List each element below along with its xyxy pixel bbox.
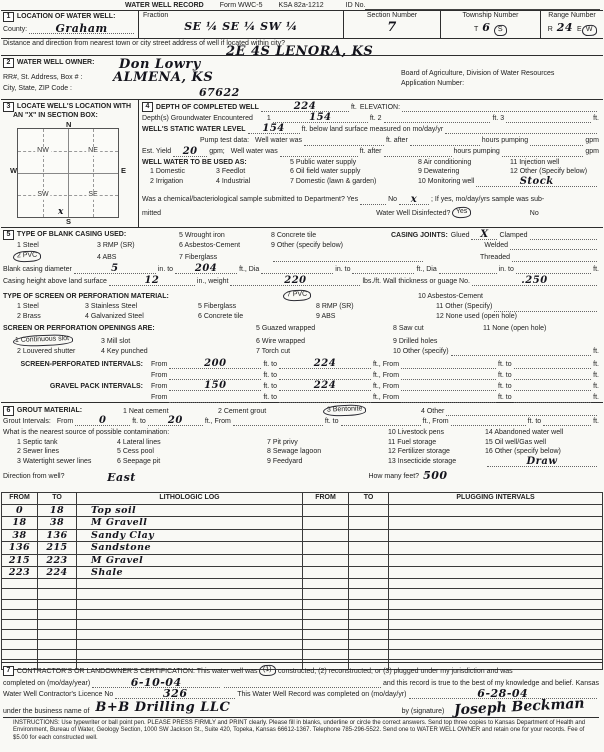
gi-to-line: 20 (148, 417, 203, 426)
instructions-text: INSTRUCTIONS: Use typewriter or ball poi… (3, 717, 599, 743)
continuous-slot-circled: 1 Continuous slot (13, 334, 73, 347)
gpi2-ft-end: ft. (593, 394, 599, 402)
section-number-cell: Section Number 7 (343, 11, 440, 38)
option-item: 9 Drilled holes (393, 338, 599, 346)
use-label: WELL WATER TO BE USED AS: (142, 159, 290, 167)
option-item: 10 Livestock pens (388, 429, 485, 437)
grout-other-line (446, 407, 597, 416)
compass-s: S (66, 217, 71, 226)
gpi-to-value: 224 (279, 380, 371, 392)
groundwater-label: Depth(s) Groundwater Encountered (142, 115, 253, 123)
county-line: Graham (29, 25, 134, 34)
casing-height-line: 12 (109, 277, 195, 286)
range-value: 24 (557, 21, 573, 34)
township-cell: Township Number T 6 S (440, 11, 540, 38)
range-e: E (577, 26, 582, 33)
option-item: 1 Steel (17, 242, 97, 250)
option-item: 7 Fiberglass (179, 254, 271, 262)
option-item: 3 Watertight sewer lines (17, 458, 117, 466)
section-4-depth: 4 DEPTH OF COMPLETED WELL 224 ft. ELEVAT… (139, 100, 603, 227)
log-from: 223 (9, 567, 30, 578)
gpi2-from2-line (401, 394, 496, 403)
form-title: WATER WELL RECORD (125, 2, 204, 10)
empty-cell (349, 566, 389, 578)
locate-title-1: LOCATE WELL'S LOCATION WITH (17, 103, 131, 110)
option-item: 7 Domestic (lawn & garden) (290, 178, 418, 186)
empty-cell (389, 517, 603, 529)
option-item: 3 RMP (SR) (97, 242, 179, 250)
record-completed-label: This Water Well Record was completed on … (237, 691, 406, 699)
owner-zip-value: 67622 (199, 86, 240, 99)
casing-title: TYPE OF BLANK CASING USED: (17, 231, 126, 238)
section-number-label: Section Number (348, 12, 436, 20)
option-item: 3 Feedlot (216, 168, 290, 176)
log-to: 38 (50, 517, 64, 528)
compass-n: N (66, 120, 71, 129)
elevation-label: ELEVATION: (360, 104, 400, 112)
empty-cell (2, 639, 38, 649)
compass-dash-v2 (93, 129, 94, 217)
yield-value: 20 (173, 146, 207, 158)
table-row (2, 579, 603, 589)
bentonite-circled: 3 Bentonite (323, 404, 367, 417)
well-location-x-mark: x (58, 207, 64, 218)
use-stock-value: Stock (476, 176, 597, 188)
col-header-to2: TO (349, 493, 389, 505)
option-item: 4 Galvanized Steel (85, 313, 198, 321)
option-item: 4 Lateral lines (117, 439, 267, 447)
monitoring-other-line: Stock (476, 178, 597, 187)
spi2-ftto: ft. to (263, 372, 277, 380)
yield-after: ft. after (360, 148, 382, 156)
spi-ft-end: ft. (593, 361, 599, 369)
bcd-ft-value: 204 (175, 263, 237, 275)
direction-value: East (66, 471, 176, 484)
option-item: 8 Sewage lagoon (267, 448, 388, 456)
completed-on-label: completed on (mo/day/year) (3, 680, 90, 688)
log-to: 18 (50, 505, 64, 516)
dia3-ft: ft. (593, 266, 599, 274)
yield-depth-line (280, 148, 358, 157)
gi-from-label: From (57, 418, 73, 426)
section-7-certification: 7 CONTRACTOR'S OR LANDOWNER'S CERTIFICAT… (1, 662, 603, 752)
blank-casing-diameter-label: Blank casing diameter (3, 266, 72, 274)
fraction-label: Fraction (143, 12, 339, 20)
section-6-grout: 6GROUT MATERIAL: 1 Neat cement 2 Cement … (1, 403, 603, 492)
option-item: 7 Torch cut (256, 348, 393, 356)
empty-cell (349, 517, 389, 529)
empty-cell (303, 505, 349, 517)
static-level-rest: ft. below land surface measured on mo/da… (302, 126, 444, 134)
chem-mitted: mitted (142, 210, 161, 218)
spi-ftfrom: ft., From (373, 361, 399, 369)
gpi-to2-line (514, 382, 592, 391)
log-desc: Sandstone (91, 542, 151, 553)
col-header-lithologic-log: LITHOLOGIC LOG (77, 493, 303, 505)
depth-line: 224 (261, 103, 349, 112)
gi-ftfrom: ft., From (205, 418, 231, 426)
elevation-line (402, 103, 597, 112)
empty-cell (349, 529, 389, 541)
empty-cell (303, 554, 349, 566)
gi-ftfrom2: ft., From (423, 418, 449, 426)
form-number: Form WWC-5 (220, 2, 263, 10)
agency-text: Board of Agriculture, Division of Water … (401, 70, 554, 78)
constructed-1-circled: (1) (259, 665, 276, 677)
chem-yes-line (360, 196, 386, 205)
gi-from-value: 0 (75, 415, 130, 427)
section-4-number: 4 (142, 102, 153, 112)
gw2-line (384, 114, 491, 123)
static-level-value: 154 (248, 123, 300, 135)
table-header-row: FROM TO LITHOLOGIC LOG FROM TO PLUGGING … (2, 493, 603, 505)
spi-from-value: 200 (169, 358, 261, 370)
option-item: 1 Domestic (150, 168, 216, 176)
log-to: 223 (46, 555, 67, 566)
screen-other-line (494, 303, 597, 312)
gpi2-to2-line (514, 394, 592, 403)
gi-ft-end: ft. (593, 418, 599, 426)
table-row (2, 629, 603, 639)
owner-address-value: ALMENA, KS (113, 70, 213, 86)
log-desc: Sandy Clay (91, 530, 154, 541)
township-t: T (474, 26, 478, 33)
compass-dash-h2 (18, 195, 118, 196)
pump-test-label: Pump test data: (200, 137, 249, 145)
dia2-in-to: in. to (335, 266, 350, 274)
range-label: Range Number (545, 12, 599, 20)
table-row: 136 215 Sandstone (2, 542, 603, 554)
yield-line: 20 (173, 148, 207, 157)
glued-label: Glued (451, 232, 470, 240)
option-item: 5 Public water supply (290, 159, 418, 167)
spi-from-label: From (151, 361, 167, 369)
option-item: 9 Other (specify below) (271, 242, 448, 250)
table-row (2, 619, 603, 629)
option-item: 5 Cess pool (117, 448, 267, 456)
form-ksa: KSA 82a-1212 (278, 2, 323, 10)
locate-title-2: AN "X" IN SECTION BOX: (13, 112, 136, 120)
empty-cell (389, 505, 603, 517)
county-label: County: (3, 26, 27, 34)
range-r: R (548, 26, 553, 33)
gpi2-ftto: ft. to (263, 394, 277, 402)
dia3-in-to: in. to (499, 266, 514, 274)
table-row (2, 599, 603, 609)
dia2-line (261, 265, 333, 274)
gpi2-ftto2: ft. to (498, 394, 512, 402)
screen-material-title: TYPE OF SCREEN OR PERFORATION MATERIAL: (3, 293, 283, 301)
clamped-line (530, 231, 598, 240)
bcd-ft-dia: ft., Dia (239, 266, 259, 274)
table-row: 215 223 M Gravel (2, 554, 603, 566)
how-many-feet-value: 500 (423, 469, 447, 482)
clamped-label: Clamped (499, 232, 527, 240)
range-cell: Range Number R 24 EW (540, 11, 603, 38)
fraction-value: SE ¼ SE ¼ SW ¼ (184, 20, 298, 33)
screen-pvc-circled: 7 PVC (283, 290, 312, 302)
option-item: 10 Other (specify) (393, 348, 449, 356)
table-row (2, 589, 603, 599)
static-level-line: 154 (248, 125, 300, 134)
gi-from3-line (451, 417, 526, 426)
glued-line: X (471, 231, 497, 240)
empty-cell (303, 529, 349, 541)
option-item: 13 Insecticide storage (388, 458, 485, 466)
spi-from2-line (401, 360, 496, 369)
openings-ft: ft. (593, 348, 599, 356)
gpi-from-value: 150 (169, 380, 261, 392)
business-name-value: B+B Drilling LLC (95, 700, 295, 716)
licence-line: 326 (115, 690, 235, 699)
gi-to-value: 20 (148, 415, 203, 427)
licence-value: 326 (115, 687, 235, 700)
log-desc: Top soil (91, 505, 136, 516)
yield-gpm: gpm; (209, 148, 225, 156)
gpi-from2-line (401, 382, 496, 391)
chem-no-x: x (399, 194, 429, 206)
option-item: 6 Seepage pit (117, 458, 267, 466)
openings-other-line (451, 347, 592, 356)
yield-label: Est. Yield (142, 148, 171, 156)
spi2-ft-end: ft. (593, 372, 599, 380)
bcd-in-to: in. to (158, 266, 173, 274)
empty-cell (303, 517, 349, 529)
quadrant-se: SE (86, 191, 99, 199)
table-row: 0 18 Top soil (2, 505, 603, 517)
empty-cell (2, 650, 38, 660)
empty-cell (2, 619, 38, 629)
option-item: 12 None used (open hole) (436, 313, 599, 321)
option-item: 9 ABS (316, 313, 436, 321)
empty-cell (389, 542, 603, 554)
option-item: 11 Fuel storage (388, 439, 485, 447)
fraction-cell: Fraction SE ¼ SE ¼ SW ¼ (138, 11, 343, 38)
option-item: 10 Monitoring well (418, 178, 474, 186)
section-5-number: 5 (3, 230, 14, 240)
gauge-line: .250 (472, 277, 597, 286)
welded-line (510, 241, 597, 250)
static-level-label: WELL'S STATIC WATER LEVEL (142, 126, 246, 134)
yield-gpm2: gpm (585, 148, 599, 156)
glued-x: X (471, 229, 497, 241)
option-item: 3 Stainless Steel (85, 303, 198, 311)
yield-hours-line (384, 148, 452, 157)
option-item: 8 Concrete tile (271, 232, 391, 240)
how-many-feet-question: How many feet? (368, 473, 419, 481)
ft-label: ft. (351, 104, 357, 112)
gw1-line: 154 (273, 114, 368, 123)
direction-line: East (66, 474, 176, 482)
gpi-ft-end: ft. (593, 383, 599, 391)
county-cell: 1LOCATION OF WATER WELL: County:Graham (1, 11, 138, 38)
gpi2-ftfrom: ft., From (373, 394, 399, 402)
spi2-from2-line (401, 371, 496, 380)
empty-cell (389, 554, 603, 566)
spi2-ftfrom: ft., From (373, 372, 399, 380)
compass-dash-v1 (43, 129, 44, 217)
option-item: 2 Brass (17, 313, 85, 321)
screen-perforated-label: SCREEN-PERFORATED INTERVALS: (3, 361, 143, 369)
empty-cell (2, 629, 38, 639)
section-3-number: 3 (3, 102, 14, 112)
compass-dash-h1 (18, 151, 118, 152)
yield-hp: hours pumping (454, 148, 500, 156)
dia3-ft-line (516, 265, 591, 274)
section-3-locate: 3LOCATE WELL'S LOCATION WITH AN "X" IN S… (1, 100, 139, 227)
spi2-to2-line (514, 371, 592, 380)
option-item: 4 Other (421, 408, 444, 416)
empty-cell (2, 589, 38, 599)
option-item: 2 Sewer lines (17, 448, 117, 456)
weight-line: 220 (230, 277, 360, 286)
casing-height-value: 12 (109, 275, 195, 287)
option-item: 5 Wrought iron (179, 232, 271, 240)
section-2-owner: 2WATER WELL OWNER: RR#, St. Address, Box… (1, 56, 603, 100)
option-item: 3 Mill slot (101, 338, 256, 346)
gw-1: 1 (267, 115, 271, 123)
gpi2-from-line (169, 394, 261, 403)
chem-no-label: No (388, 196, 397, 204)
dia2-ft-line (352, 265, 414, 274)
gpi-ftto2: ft. to (498, 383, 512, 391)
bcd-in-value: 5 (74, 263, 156, 275)
empty-cell (349, 542, 389, 554)
certification-text-b: constructed, (2) reconstructed, or (3) p… (278, 668, 513, 676)
gw-ft2: ft. 2 (370, 115, 382, 123)
section-3-4-wrap: 3LOCATE WELL'S LOCATION WITH AN "X" IN S… (1, 100, 603, 228)
empty-cell (349, 505, 389, 517)
gravel-pack-label: GRAVEL PACK INTERVALS: (3, 383, 143, 391)
log-to: 136 (46, 530, 67, 541)
option-item: 1 Septic tank (17, 439, 117, 447)
township-value: 6 (482, 21, 490, 34)
option-item: 7 Pit privy (267, 439, 388, 447)
log-from: 38 (12, 530, 26, 541)
option-item: 2 Louvered shutter (17, 348, 101, 356)
welded-label: Welded (448, 242, 508, 250)
option-item: 12 Fertilizer storage (388, 448, 485, 456)
empty-cell (303, 542, 349, 554)
option-item: 2 Irrigation (150, 178, 216, 186)
gpi-from-line: 150 (169, 382, 261, 391)
option-item: 4 Industrial (216, 178, 290, 186)
spi2-to-line (279, 371, 371, 380)
option-item: 6 Asbestos-Cement (179, 242, 271, 250)
empty-cell (2, 609, 38, 619)
threaded-line (512, 253, 597, 262)
compass-e: E (121, 166, 126, 175)
bcd-ft-line: 204 (175, 265, 237, 274)
log-from: 18 (12, 517, 26, 528)
static-date-line (445, 125, 597, 134)
chem-rest: ; If yes, mo/day/yrs sample was sub- (431, 196, 544, 204)
well-water-was-2: Well water was (231, 148, 278, 156)
bcd-in-line: 5 (74, 265, 156, 274)
empty-cell (389, 566, 603, 578)
col-header-to: TO (38, 493, 77, 505)
gpi2-from-label: From (151, 394, 167, 402)
empty-cell (2, 599, 38, 609)
licence-label: Water Well Contractor's Licence No (3, 691, 113, 699)
option-item: 9 Feedyard (267, 458, 388, 466)
log-from: 136 (9, 542, 30, 553)
quadrant-sw: SW (35, 191, 50, 199)
casing-joints-label: CASING JOINTS: (391, 232, 448, 240)
quadrant-nw: NW (35, 147, 51, 155)
empty-cell (349, 554, 389, 566)
application-number-label: Application Number: (401, 80, 464, 88)
gi-ftto2: ft. to (325, 418, 339, 426)
section-5-casing: 5TYPE OF BLANK CASING USED: 5 Wrought ir… (1, 228, 603, 403)
gi-ftto3: ft. to (528, 418, 542, 426)
option-item: 5 Fiberglass (198, 303, 316, 311)
section-1-number: 1 (3, 12, 14, 22)
log-from: 0 (16, 505, 23, 516)
pump-after: ft. after (386, 137, 408, 145)
option-item: 8 Saw cut (393, 325, 483, 333)
option-item: 8 Air conditioning (418, 159, 510, 167)
lithologic-log-table: FROM TO LITHOLOGIC LOG FROM TO PLUGGING … (1, 492, 603, 662)
county-value: Graham (29, 22, 134, 35)
contamination-other-value: Draw (487, 456, 597, 468)
range-w-circled: W (581, 25, 596, 37)
spi-from-line: 200 (169, 360, 261, 369)
business-name-label: under the business name of (3, 708, 89, 716)
water-well-record-form: WATER WELL RECORD Form WWC-5 KSA 82a-121… (0, 0, 604, 752)
col-header-from2: FROM (303, 493, 349, 505)
option-item: 6 Oil field water supply (290, 168, 418, 176)
signature-label: by (signature) (402, 708, 445, 716)
pump-hp: hours pumping (482, 137, 528, 145)
log-desc: Shale (91, 567, 123, 578)
option-item: 10 Asbestos-Cement (418, 293, 599, 301)
depth-label: DEPTH OF COMPLETED WELL (156, 104, 259, 112)
spi-to2-line (514, 360, 592, 369)
quadrant-ne: NE (86, 147, 100, 155)
empty-cell (389, 529, 603, 541)
gpi-from-label: From (151, 383, 167, 391)
yield-gpm-line (502, 148, 584, 157)
log-to: 215 (46, 542, 67, 553)
openings-title: SCREEN OR PERFORATION OPENINGS ARE: (3, 325, 256, 333)
gi-to2-line (341, 417, 421, 426)
gauge-value: .250 (472, 275, 597, 287)
gw1-value: 154 (273, 112, 368, 124)
grout-title: GROUT MATERIAL: (17, 407, 82, 414)
owner-city-label: City, State, ZIP Code : (3, 85, 601, 93)
section-1-title: LOCATION OF WATER WELL: (17, 13, 116, 20)
grout-intervals-label: Grout Intervals: (3, 418, 51, 426)
option-item: 5 Guazed wrapped (256, 325, 393, 333)
section-7-number: 7 (3, 666, 14, 676)
casing-other-line (273, 253, 423, 262)
spi-ftto2: ft. to (498, 361, 512, 369)
spi-ftto: ft. to (263, 361, 277, 369)
option-item: 14 Abandoned water well (485, 429, 599, 437)
dia3-label: ft., Dia (416, 266, 436, 274)
spi-to-line: 224 (279, 360, 371, 369)
threaded-label: Threaded (450, 254, 510, 262)
log-from: 215 (9, 555, 30, 566)
empty-cell (303, 566, 349, 578)
weight-value: 220 (230, 275, 360, 287)
gpi-to-line: 224 (279, 382, 371, 391)
section-box-diagram: NW NE SW SE N S W E x (17, 128, 119, 218)
empty-cell (2, 579, 38, 589)
depth-value: 224 (261, 101, 349, 113)
section-number-value: 7 (387, 20, 397, 35)
